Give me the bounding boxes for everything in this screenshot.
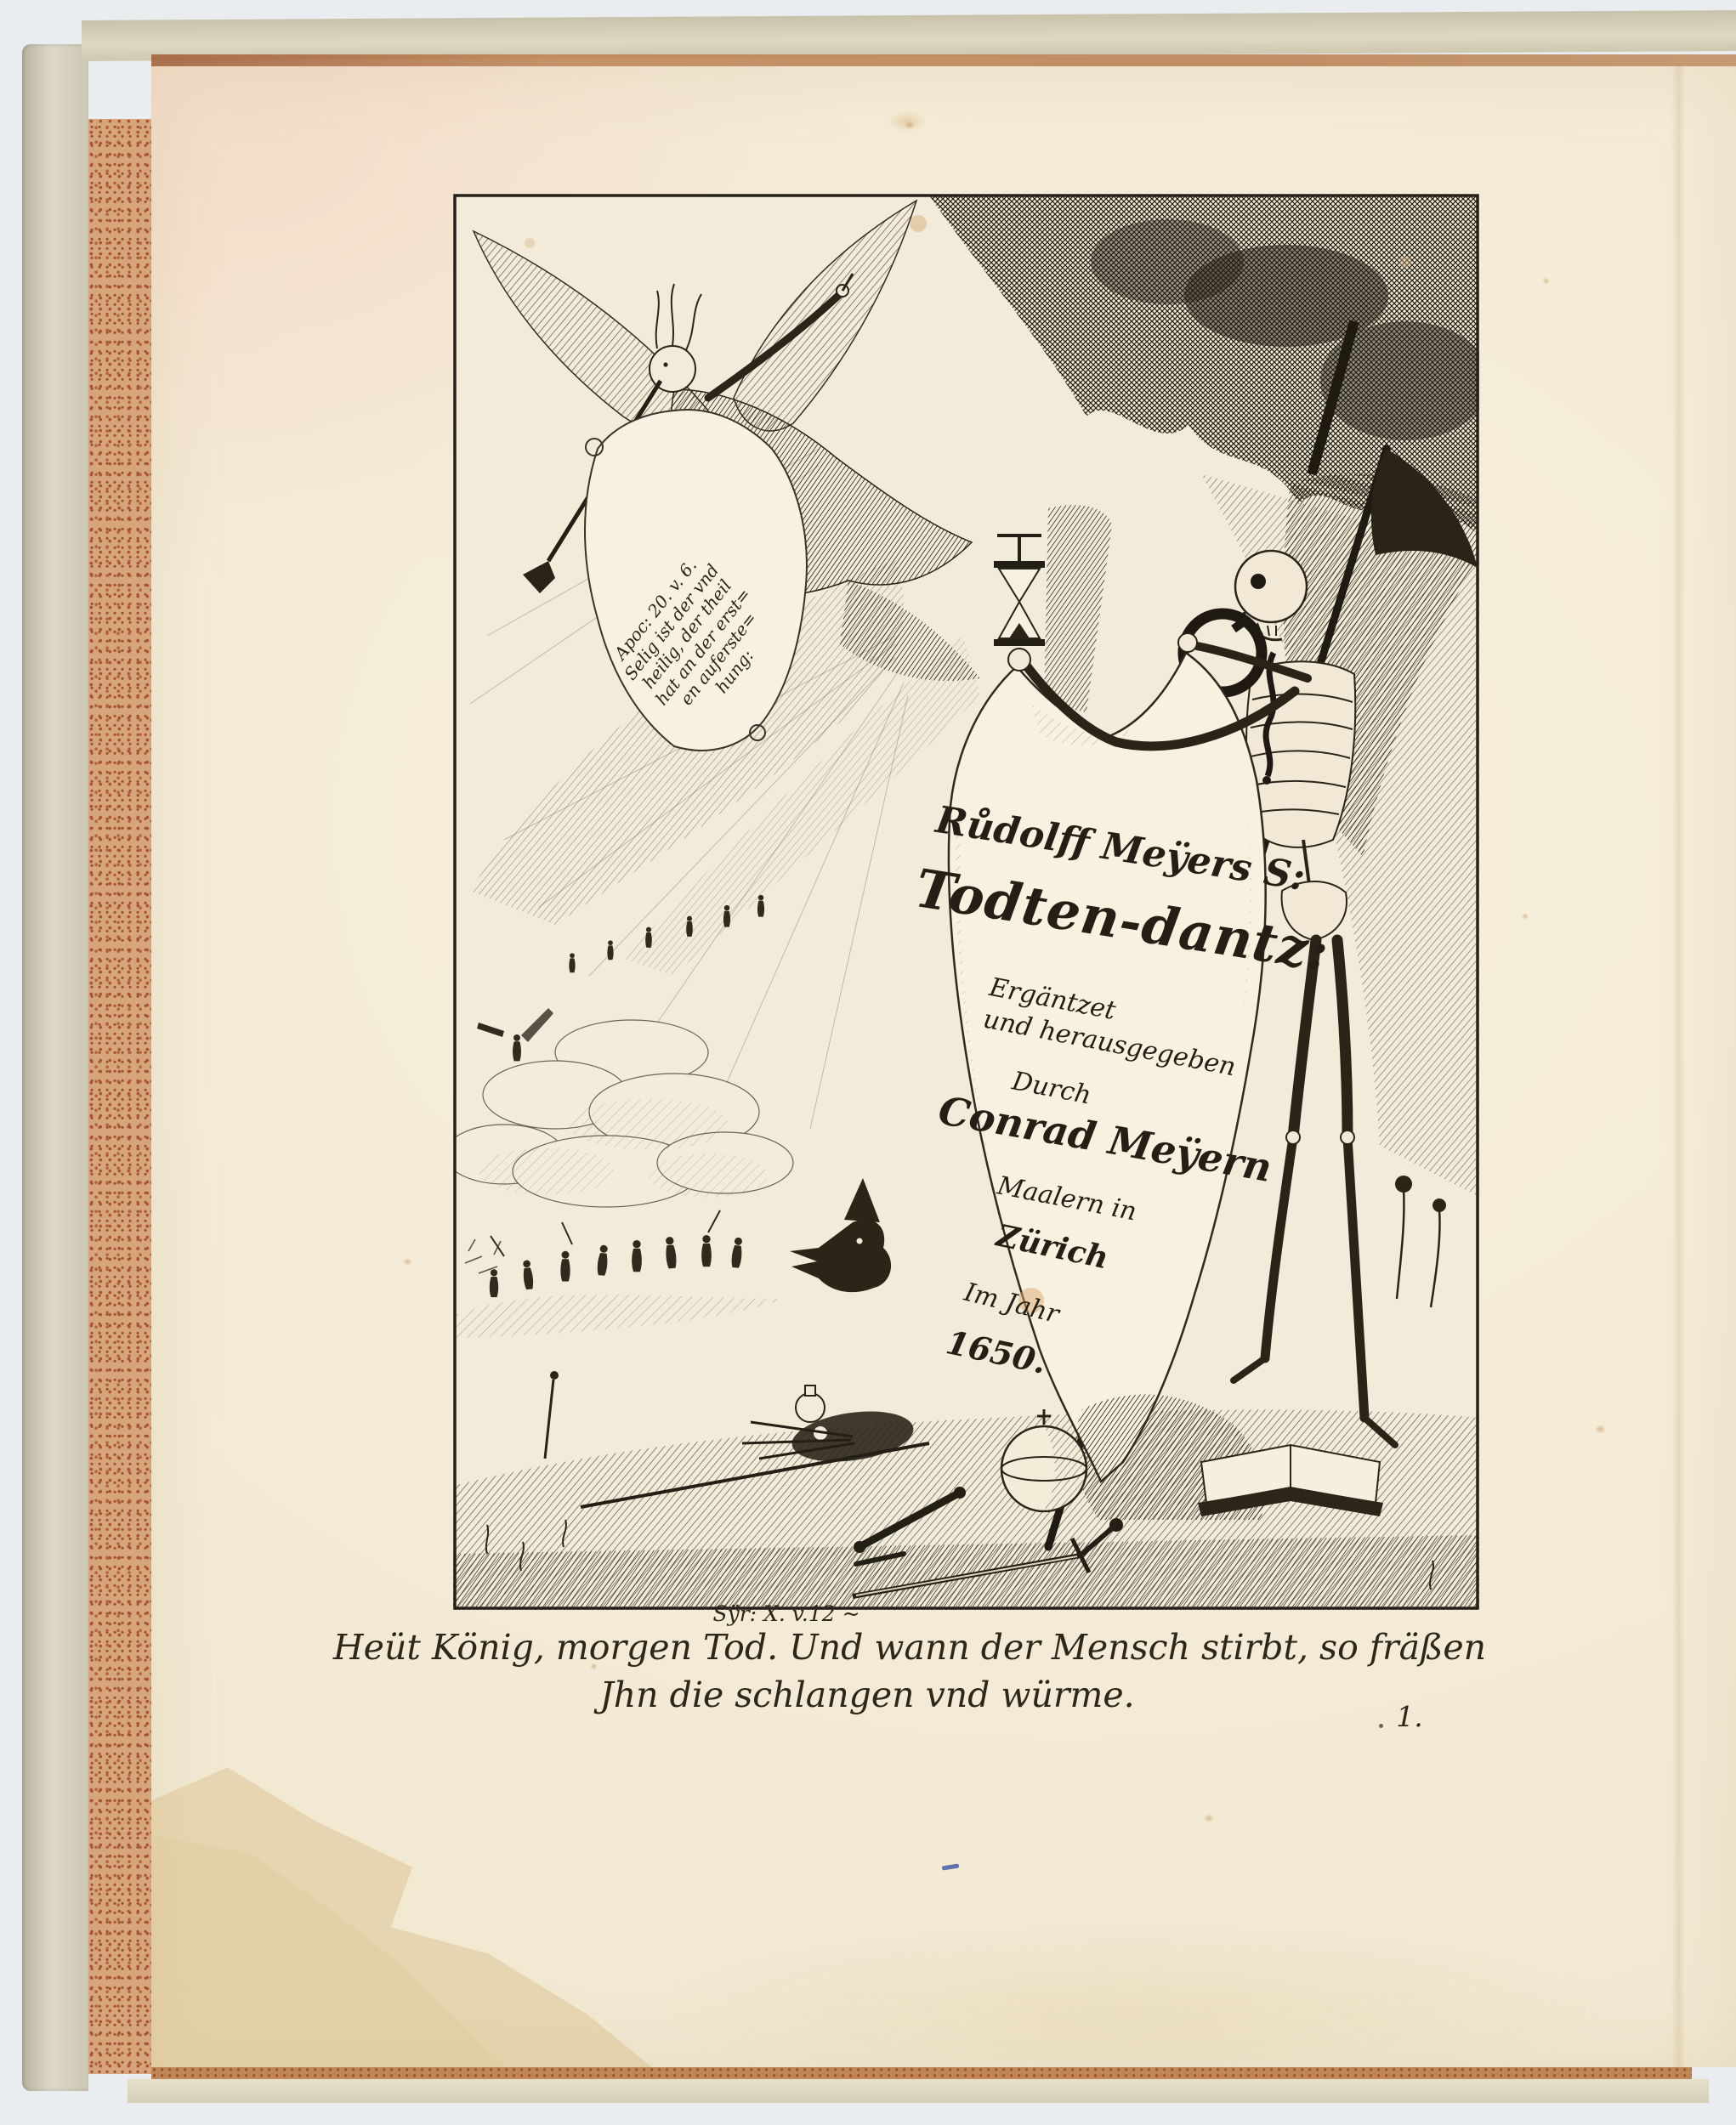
etched-plate: Apoc: 20. v. 6. Selig ist der vnd heilig… bbox=[453, 194, 1479, 1610]
water-stain bbox=[593, 1877, 1665, 2067]
foxing-spot bbox=[403, 1258, 412, 1266]
caption-verse-line-2: Jhn die schlangen vnd würme. bbox=[599, 1674, 1134, 1715]
caption-source-reference: Sÿr: X. v.12 ~ bbox=[712, 1601, 859, 1626]
foxing-spot bbox=[1542, 277, 1550, 285]
red-speckled-fore-edge-left bbox=[88, 119, 151, 2074]
vellum-cover-left-edge bbox=[22, 44, 88, 2091]
red-speckled-edge-top bbox=[151, 54, 1736, 67]
ink-dot bbox=[1379, 1724, 1383, 1728]
page-number: 1. bbox=[1396, 1700, 1423, 1733]
foxing-spot bbox=[905, 121, 915, 129]
red-speckled-edge-bottom bbox=[151, 2067, 1692, 2080]
water-stain bbox=[151, 1734, 695, 2067]
book-page: Apoc: 20. v. 6. Selig ist der vnd heilig… bbox=[151, 66, 1736, 2067]
vellum-cover-bottom-edge bbox=[128, 2079, 1709, 2103]
water-stain bbox=[151, 1792, 593, 2067]
skull-icon bbox=[1235, 551, 1307, 622]
foxing-spot bbox=[1204, 1814, 1214, 1822]
page-fold-shadow bbox=[1671, 66, 1685, 2067]
book-scan: Apoc: 20. v. 6. Selig ist der vnd heilig… bbox=[0, 0, 1736, 2125]
caption-verse-line-1: Heüt König, morgen Tod. Und wann der Men… bbox=[333, 1627, 1486, 1668]
foxing-spot bbox=[1595, 1425, 1606, 1434]
vellum-cover-top-edge bbox=[82, 10, 1736, 61]
blue-ink-mark bbox=[942, 1863, 960, 1870]
foxing-spot bbox=[1522, 913, 1529, 920]
